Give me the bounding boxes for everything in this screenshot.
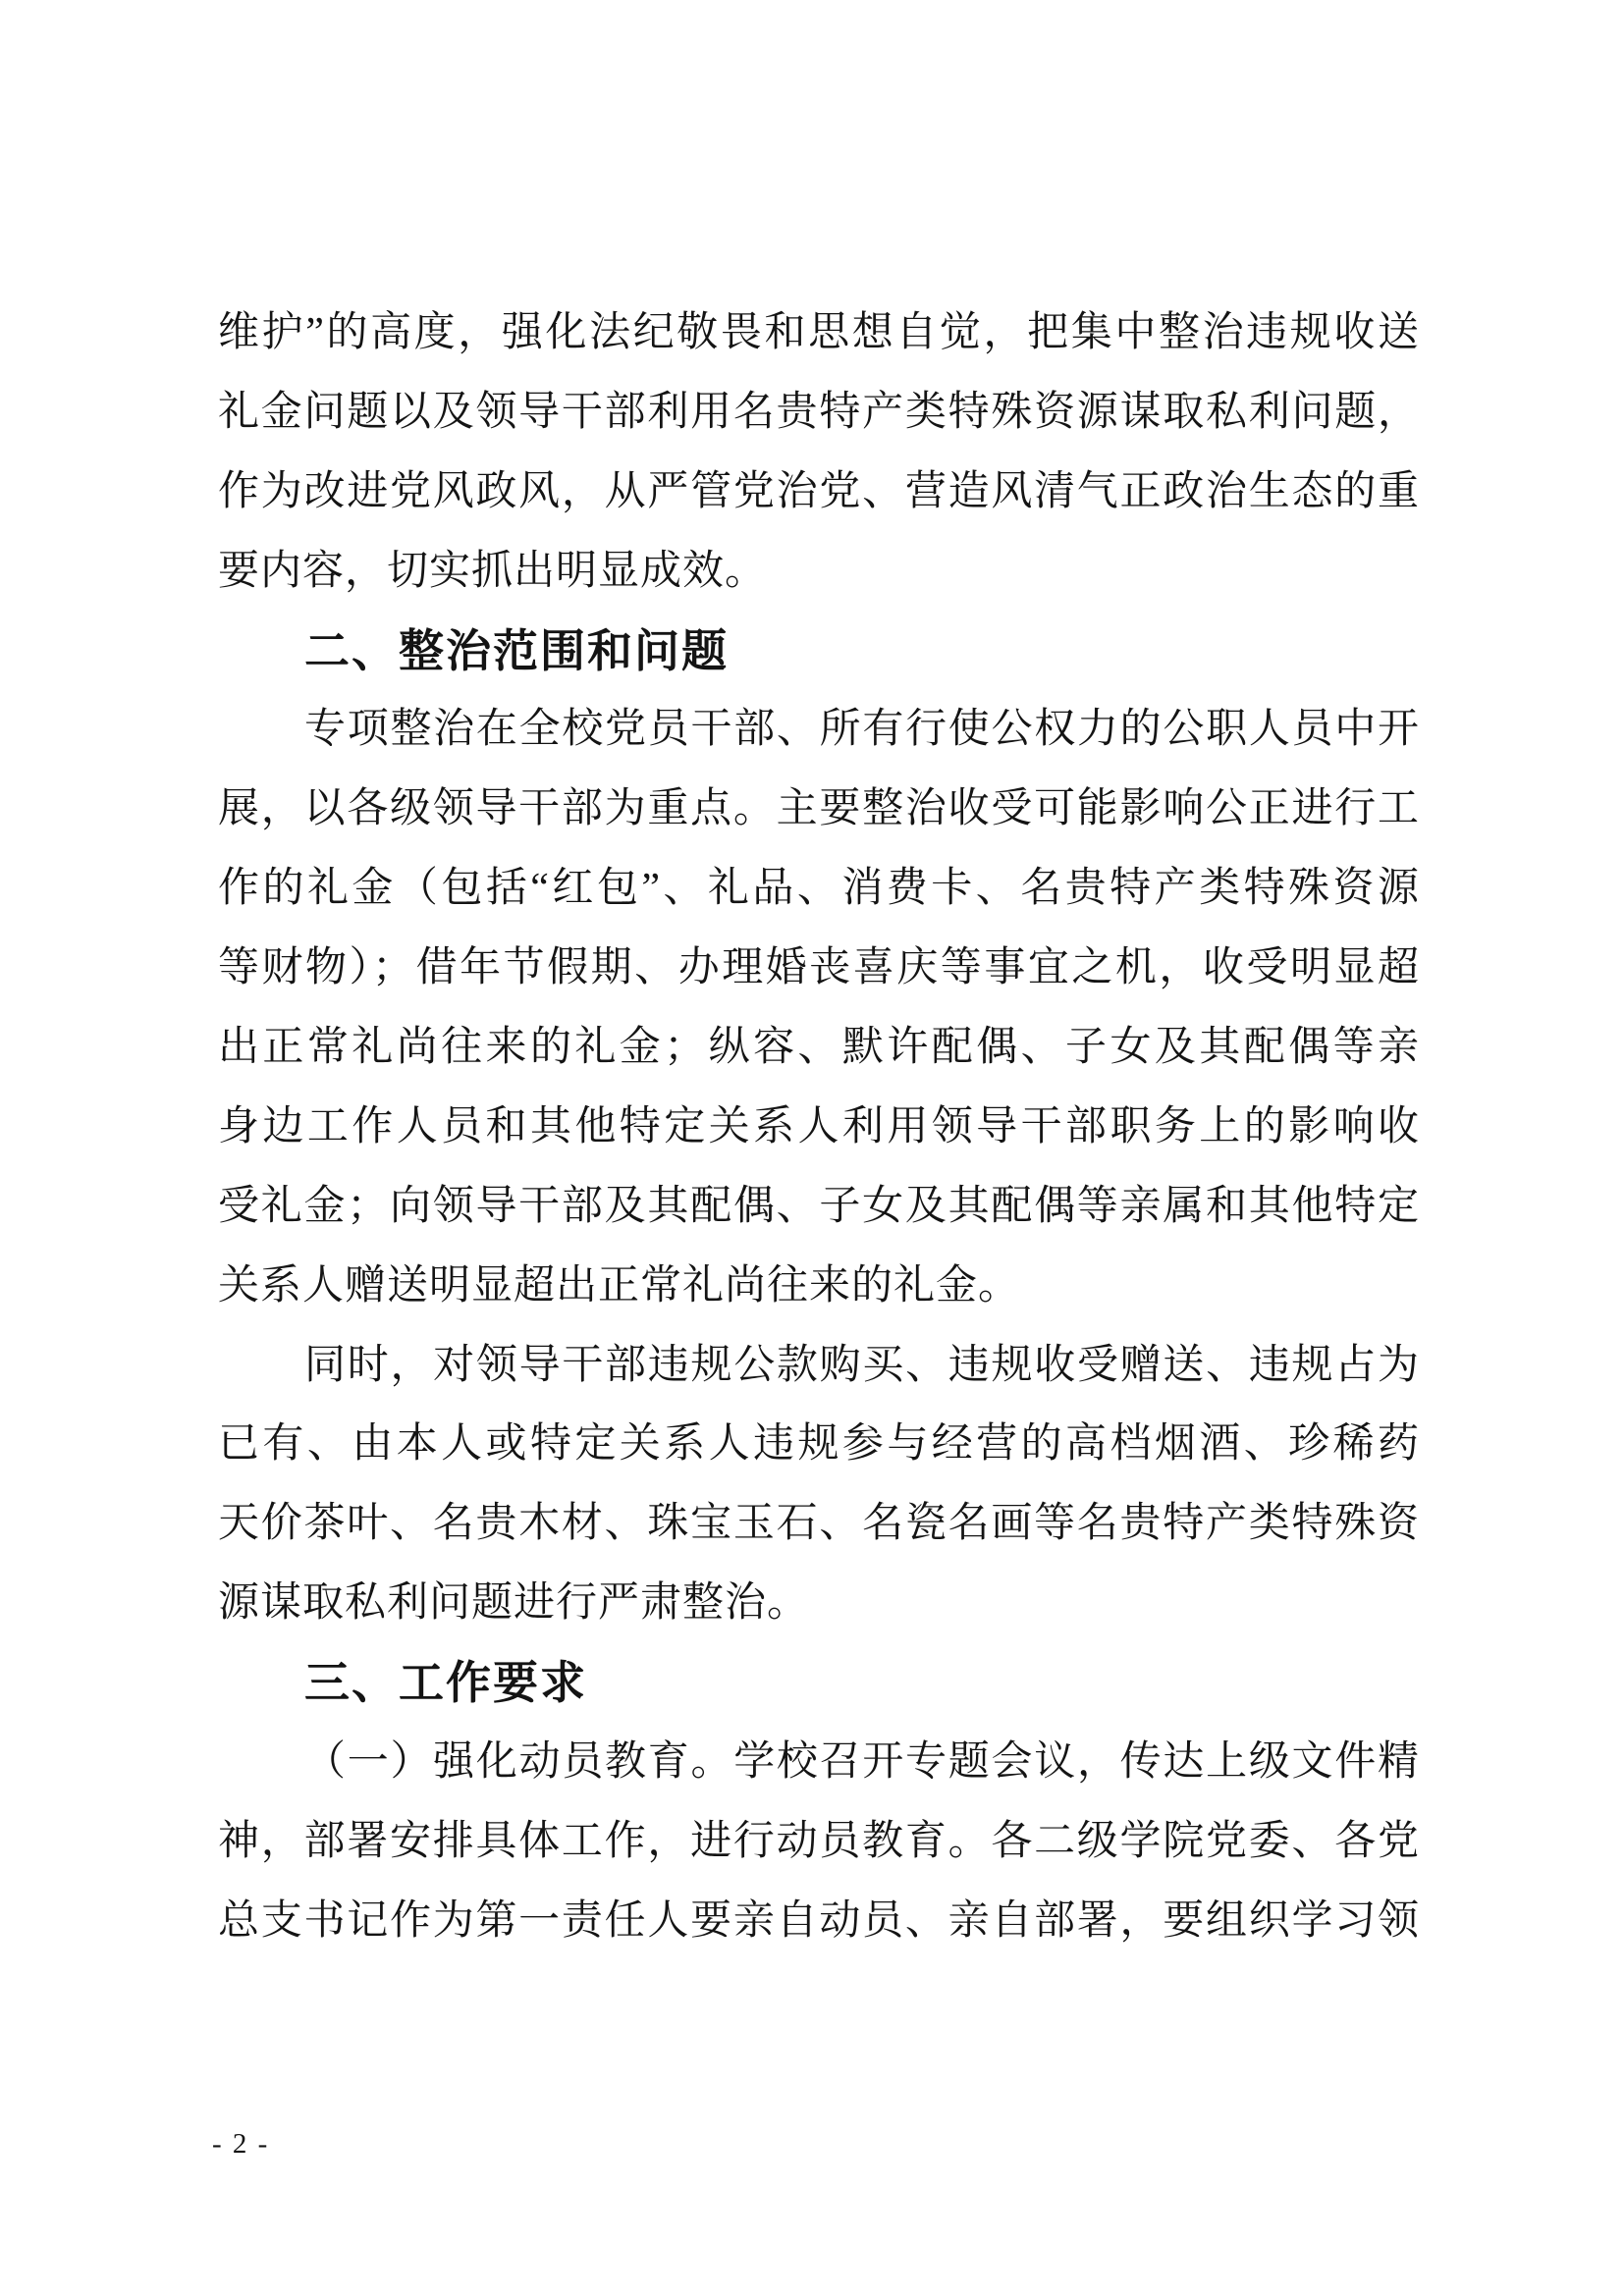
text-line: 受礼金；向领导干部及其配偶、子女及其配偶等亲属和其他特定 xyxy=(218,1167,1420,1247)
section-heading: 二、整治范围和问题 xyxy=(218,612,1420,691)
text-line: 专项整治在全校党员干部、所有行使公权力的公职人员中开 xyxy=(218,690,1420,770)
text-line: 身边工作人员和其他特定关系人利用领导干部职务上的影响收 xyxy=(218,1088,1420,1167)
section-heading: 三、工作要求 xyxy=(218,1643,1420,1723)
text-line: 源谋取私利问题进行严肃整治。 xyxy=(218,1564,1420,1643)
text-line: 已有、由本人或特定关系人违规参与经营的高档烟酒、珍稀药材、 xyxy=(218,1405,1420,1484)
text-line: 天价茶叶、名贵木材、珠宝玉石、名瓷名画等名贵特产类特殊资 xyxy=(218,1484,1420,1564)
text-line: 作的礼金（包括“红包”、礼品、消费卡、名贵特产类特殊资源 xyxy=(218,849,1420,929)
text-line: 等财物）；借年节假期、办理婚丧喜庆等事宜之机，收受明显超 xyxy=(218,929,1420,1008)
text-line: 维护”的高度，强化法纪敬畏和思想自觉，把集中整治违规收送 xyxy=(218,294,1420,373)
text-line: （一）强化动员教育。学校召开专题会议，传达上级文件精 xyxy=(218,1723,1420,1802)
text-line: 作为改进党风政风，从严管党治党、营造风清气正政治生态的重 xyxy=(218,453,1420,532)
text-line: 总支书记作为第一责任人要亲自动员、亲自部署，要组织学习领 xyxy=(218,1882,1420,1961)
text-line: 礼金问题以及领导干部利用名贵特产类特殊资源谋取私利问题， xyxy=(218,373,1420,453)
text-line: 要内容，切实抓出明显成效。 xyxy=(218,532,1420,612)
page-number: - 2 - xyxy=(212,2128,269,2161)
text-line: 出正常礼尚往来的礼金；纵容、默许配偶、子女及其配偶等亲属、 xyxy=(218,1008,1420,1088)
text-line: 关系人赠送明显超出正常礼尚往来的礼金。 xyxy=(218,1247,1420,1326)
document-body: 维护”的高度，强化法纪敬畏和思想自觉，把集中整治违规收送礼金问题以及领导干部利用… xyxy=(218,294,1420,1961)
text-line: 神，部署安排具体工作，进行动员教育。各二级学院党委、各党 xyxy=(218,1802,1420,1882)
text-line: 同时，对领导干部违规公款购买、违规收受赠送、违规占为 xyxy=(218,1326,1420,1406)
text-line: 展，以各级领导干部为重点。主要整治收受可能影响公正进行工 xyxy=(218,770,1420,849)
document-page: 维护”的高度，强化法纪敬畏和思想自觉，把集中整治违规收送礼金问题以及领导干部利用… xyxy=(0,0,1624,2296)
